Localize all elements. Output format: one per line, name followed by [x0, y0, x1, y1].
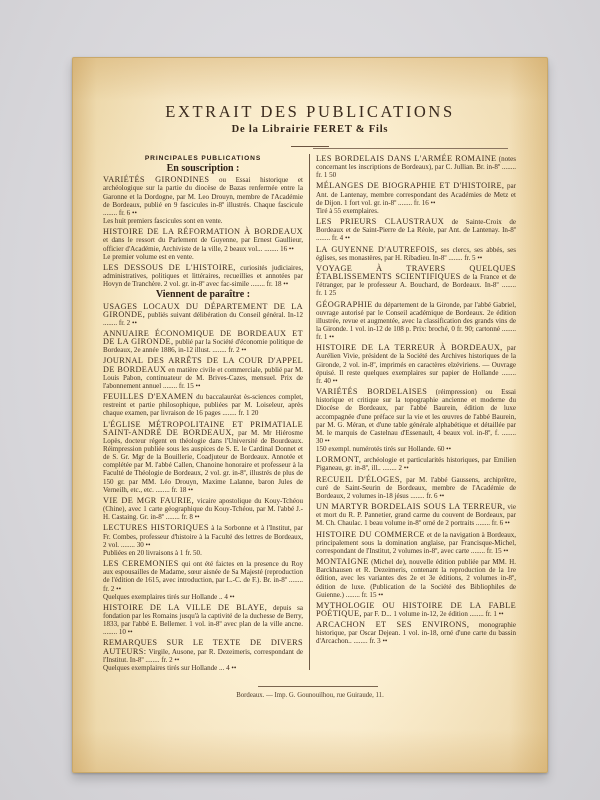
catalogue-entry: Vie de Mgr Faurie, vicaire apostolique d…: [103, 497, 303, 521]
entry-note: Tiré à 55 exemplaires.: [316, 207, 516, 215]
right-column: Les Bordelais dans l'Armée Romaine (note…: [316, 155, 516, 649]
entry-price: 30 ••: [137, 541, 151, 549]
entry-title: Un Martyr Bordelais sous la Terreur,: [316, 502, 505, 511]
catalogue-entry: Les Bordelais dans l'Armée Romaine (note…: [316, 155, 516, 179]
entry-note: Quelques exemplaires tirés sur Hollande …: [103, 593, 303, 601]
entry-price: fr. 18 ••: [267, 280, 289, 288]
catalogue-entry: Histoire de la Ville de Blaye, depuis sa…: [103, 604, 303, 637]
catalogue-entry: Les Dessous de l'Histoire, curiosités ju…: [103, 264, 303, 288]
entry-title: Lectures historiques: [103, 523, 209, 532]
left-sections: En souscription :Variétés Girondines ou …: [103, 165, 303, 672]
printer-imprint: Bordeaux. — Imp. G. Gounouilhou, rue Gui…: [73, 692, 547, 699]
entry-title: Les Bordelais dans l'Armée Romaine: [316, 154, 496, 163]
entry-note: Les huit premiers fascicules sont en ven…: [103, 217, 303, 225]
entry-title: Histoire de la Réformation à Bordeaux: [103, 227, 303, 236]
entry-price: fr. 6 ••: [492, 519, 510, 527]
entry-price: fr. 2 ••: [161, 656, 179, 664]
entry-description: publiés suivant délibération du Conseil …: [148, 311, 303, 319]
catalogue-entry: Variétés Girondines ou Essai historique …: [103, 176, 303, 225]
entry-title: Géographie: [316, 300, 373, 309]
title-rule: [291, 146, 329, 147]
entry-title: Les Prieurs Claustraux: [316, 217, 444, 226]
entry-price: fr. 16 ••: [414, 199, 436, 207]
entry-title: Variétés Bordelaises: [316, 387, 427, 396]
entry-price: fr. 1 ••: [316, 333, 334, 341]
entry-title: Feuilles d'Examen: [103, 392, 193, 401]
catalogue-entry: Montaigne (Michel de), nouvelle édition …: [316, 558, 516, 599]
entry-price: fr. 1 25: [316, 289, 336, 297]
catalogue-entry: Arcachon et ses environs, monographie hi…: [316, 621, 516, 645]
entry-title: Histoire du Commerce: [316, 530, 425, 539]
column-divider: [309, 154, 310, 670]
entry-title: Les Dessous de l'Histoire,: [103, 263, 236, 272]
left-column-heading: PRINCIPALES PUBLICATIONS: [103, 155, 303, 163]
entry-price: fr. 1 50: [316, 171, 336, 179]
catalogue-entry: Annuaire économique de Bordeaux et de la…: [103, 330, 303, 354]
entry-title: Les Ceremonies: [103, 559, 179, 568]
catalogue-entry: Lormont, archéologie et particularités h…: [316, 456, 516, 472]
entry-price: 10 ••: [119, 628, 133, 636]
catalogue-entry: Géographie du département de la Gironde,…: [316, 301, 516, 342]
entry-price: fr. 8 ••: [182, 513, 200, 521]
entry-price: fr. 2 ••: [228, 346, 246, 354]
left-column: PRINCIPALES PUBLICATIONS En souscription…: [103, 155, 303, 675]
entry-description: par F. D... 1 volume in-12, 2e édition: [364, 610, 468, 618]
entry-price: fr. 3 ••: [369, 637, 387, 645]
catalogue-entry: L'Église Métropolitaine et Primatiale Sa…: [103, 421, 303, 494]
entry-note: Quelques exemplaires tirés sur Hollande …: [103, 664, 303, 672]
entry-title: Mélanges de Biographie et d'Histoire,: [316, 181, 504, 190]
catalogue-entry: Lectures historiques à la Sorbonne et à …: [103, 524, 303, 557]
catalogue-entry: Histoire du Commerce et de la navigation…: [316, 531, 516, 555]
catalogue-entry: Mélanges de Biographie et d'Histoire, pa…: [316, 182, 516, 215]
entry-price: fr. 15 ••: [362, 591, 384, 599]
entry-title: La Guyenne d'Autrefois,: [316, 245, 437, 254]
entry-price: 16 ••: [280, 245, 294, 253]
entry-title: Vie de Mgr Faurie,: [103, 496, 194, 505]
catalogue-entry: Voyage à travers quelques établissements…: [316, 265, 516, 298]
entry-note: Publiées en 20 livraisons à 1 fr. 50.: [103, 549, 303, 557]
catalogue-entry: Histoire de la Terreur à Bordeaux, par A…: [316, 344, 516, 385]
catalogue-entry: Mythologie ou Histoire de la Fable poéti…: [316, 602, 516, 618]
entry-price: fr. 18 ••: [172, 486, 194, 494]
page-subtitle: De la Librairie FERET & Fils: [73, 124, 547, 135]
catalogue-entry: La Guyenne d'Autrefois, ses clercs, ses …: [316, 246, 516, 262]
catalogue-entry: Variétés Bordelaises (réimpression) ou E…: [316, 388, 516, 453]
page-title: EXTRAIT DES PUBLICATIONS: [73, 102, 547, 122]
entry-price: fr. 1 20: [238, 409, 258, 417]
catalogue-entry: Remarques sur le texte de divers auteurs…: [103, 639, 303, 672]
entry-title: Variétés Girondines: [103, 175, 209, 184]
entry-price: fr. 4 ••: [332, 234, 350, 242]
section-heading: Viennent de paraître :: [103, 291, 303, 299]
catalogue-entry: Les Prieurs Claustraux de Sainte-Croix d…: [316, 218, 516, 242]
entry-price: fr. 15 ••: [487, 547, 509, 555]
entry-description: par M. Mr Hiérosme Lopès, docteur régent…: [103, 429, 303, 494]
entry-note: Le premier volume est en vente.: [103, 253, 303, 261]
entry-price: fr. 6 ••: [426, 492, 444, 500]
entry-title: Histoire de la Terreur à Bordeaux,: [316, 343, 503, 352]
catalogue-entry: Histoire de la Réformation à Bordeaux et…: [103, 228, 303, 261]
entry-title: Recueil d'Éloges,: [316, 475, 402, 484]
catalogue-entry: Usages locaux du département de la Giron…: [103, 303, 303, 327]
entry-price: fr. 40 ••: [316, 377, 338, 385]
entry-title: Histoire de la Ville de Blaye,: [103, 603, 267, 612]
footer-rule: [258, 686, 378, 687]
entry-price: fr. 6 ••: [119, 209, 137, 217]
entry-price: fr. 2 ••: [103, 585, 121, 593]
catalogue-entry: Les Ceremonies qui ont été faictes en la…: [103, 560, 303, 601]
entry-title: Montaigne: [316, 557, 369, 566]
catalogue-entry: Recueil d'Éloges, par M. l'abbé Gaussens…: [316, 476, 516, 500]
entry-price: fr. 2 ••: [119, 319, 137, 327]
entry-price: 2 ••: [398, 464, 408, 472]
catalogue-entry: Feuilles d'Examen du baccalauréat ès-sci…: [103, 393, 303, 417]
entry-note: 150 exempl. numérotés tirés sur Hollande…: [316, 445, 516, 453]
entry-description: et dans le ressort du Parlement de Guyen…: [103, 236, 303, 252]
column-top-rule: [313, 148, 508, 149]
catalogue-page: EXTRAIT DES PUBLICATIONS De la Librairie…: [72, 57, 548, 773]
catalogue-entry: Un Martyr Bordelais sous la Terreur, vie…: [316, 503, 516, 527]
entry-title: Arcachon et ses environs,: [316, 620, 469, 629]
entry-price: 30 ••: [316, 437, 330, 445]
entry-title: Lormont,: [316, 455, 361, 464]
entry-price: fr. 5 ••: [464, 254, 482, 262]
entry-price: fr. 15 ••: [179, 382, 201, 390]
catalogue-entry: Journal des Arrêts de la Cour d'Appel de…: [103, 357, 303, 390]
section-heading: En souscription :: [103, 165, 303, 173]
right-entries: Les Bordelais dans l'Armée Romaine (note…: [316, 155, 516, 646]
entry-price: fr. 1 ••: [486, 610, 504, 618]
entry-description: (réimpression) ou Essai historique et cr…: [316, 388, 516, 437]
